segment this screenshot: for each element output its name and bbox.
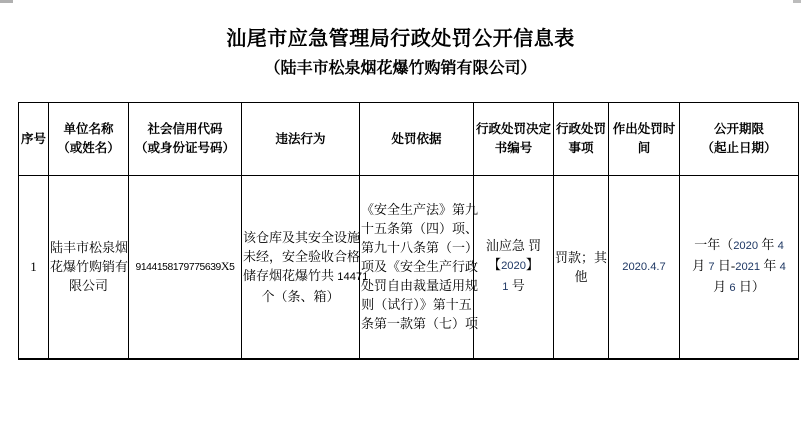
- column-header-penalty-basis: 处罚依据: [360, 103, 474, 176]
- column-header-public-period: 公开期限 （起止日期）: [680, 103, 799, 176]
- column-header-decision-number: 行政处罚决定 书编号: [474, 103, 554, 176]
- column-header-credit-code: 社会信用代码 （或身份证号码）: [129, 103, 242, 176]
- column-header-violation: 违法行为: [242, 103, 360, 176]
- cell-penalty-basis: 《安全生产法》第九 十五条第（四）项、 第九十八条第（一） 项及《安全生产行政 …: [360, 176, 474, 359]
- screen-artifact-right: [793, 0, 801, 3]
- page-title: 汕尾市应急管理局行政处罚公开信息表: [0, 27, 801, 51]
- column-header-penalty-items: 行政处罚 事项: [554, 103, 609, 176]
- cell-public-period: 一年（2020 年 4 月 7 日-2021 年 4 月 6 日）: [680, 176, 799, 359]
- cell-unit-name: 陆丰市松泉烟 花爆竹购销有 限公司: [49, 176, 129, 359]
- cell-decision-number: 汕应急 罚 【2020】 1 号: [474, 176, 554, 359]
- cell-penalty-date: 2020.4.7: [609, 176, 680, 359]
- penalty-info-table: 序号 单位名称 （或姓名） 社会信用代码 （或身份证号码） 违法行为 处罚依据 …: [18, 102, 799, 360]
- page-subtitle: （陆丰市松泉烟花爆竹购销有限公司）: [0, 58, 801, 80]
- column-header-index: 序号: [19, 103, 49, 176]
- column-header-unit-name: 单位名称 （或姓名）: [49, 103, 129, 176]
- table-row: 1 陆丰市松泉烟 花爆竹购销有 限公司 9144158179775639X5 该…: [19, 176, 799, 359]
- cell-credit-code: 9144158179775639X5: [129, 176, 242, 359]
- cell-violation: 该仓库及其安全设施 未经，安全验收合格 储存烟花爆竹共 14471 个（条、箱）: [242, 176, 360, 359]
- table-header-row: 序号 单位名称 （或姓名） 社会信用代码 （或身份证号码） 违法行为 处罚依据 …: [19, 103, 799, 176]
- column-header-penalty-date: 作出处罚时 间: [609, 103, 680, 176]
- cell-index: 1: [19, 176, 49, 359]
- cell-penalty-items: 罚款；其 他: [554, 176, 609, 359]
- screen-artifact-left: [0, 0, 13, 3]
